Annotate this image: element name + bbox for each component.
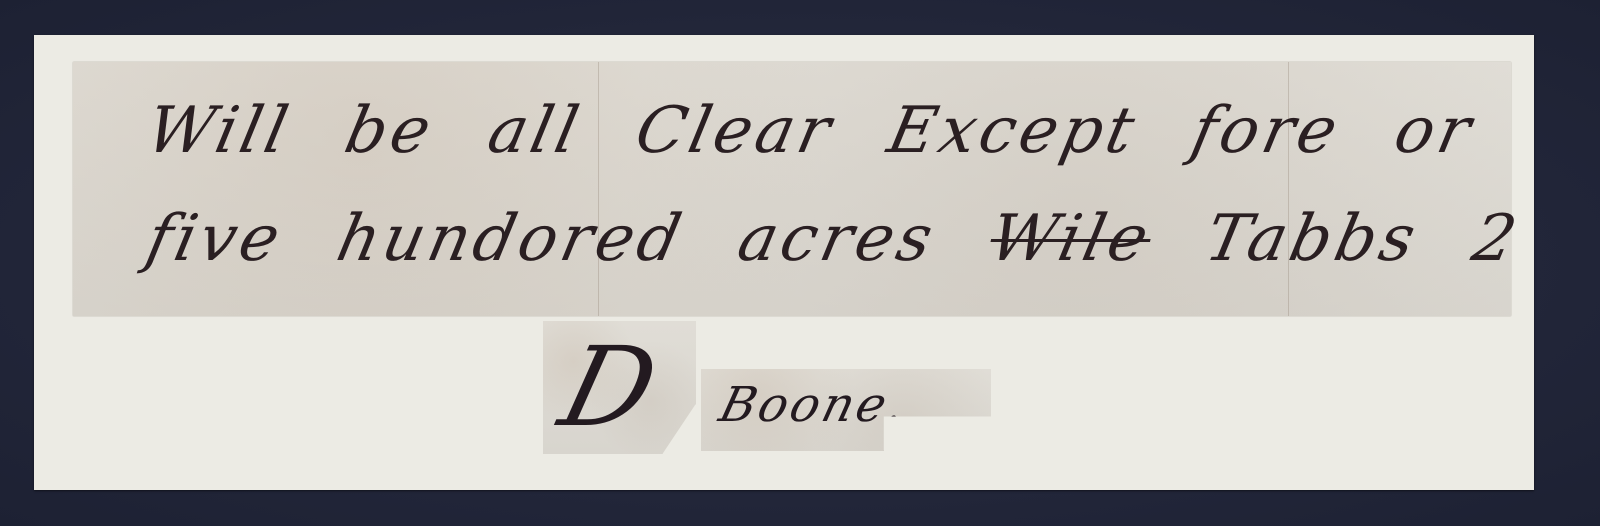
word: five [140, 202, 290, 276]
word: Will [140, 94, 298, 168]
word: or [1388, 94, 1481, 168]
text-line-2: five hundored acres Wile Tabbs 2 [140, 202, 1519, 276]
word: Except [882, 94, 1145, 168]
signature-surname: Boone. [714, 377, 914, 433]
word: Clear [629, 94, 841, 168]
word: hundored [331, 202, 691, 276]
word: fore [1185, 94, 1347, 168]
word: be [339, 94, 442, 168]
word: Tabbs [1199, 202, 1425, 276]
manuscript-strip: Will be all Clear Except fore or five hu… [73, 62, 1511, 316]
signature-initial: D [549, 323, 669, 451]
word: acres [732, 202, 943, 276]
signature-surname-fragment: Boone. [701, 369, 991, 451]
text-line-1: Will be all Clear Except fore or [140, 94, 1519, 168]
struck-word: Wile [983, 202, 1158, 276]
word: all [482, 94, 589, 168]
signature-initial-fragment: D [543, 321, 696, 454]
word: 2 [1466, 202, 1526, 276]
mount-board: Will be all Clear Except fore or five hu… [34, 35, 1534, 490]
